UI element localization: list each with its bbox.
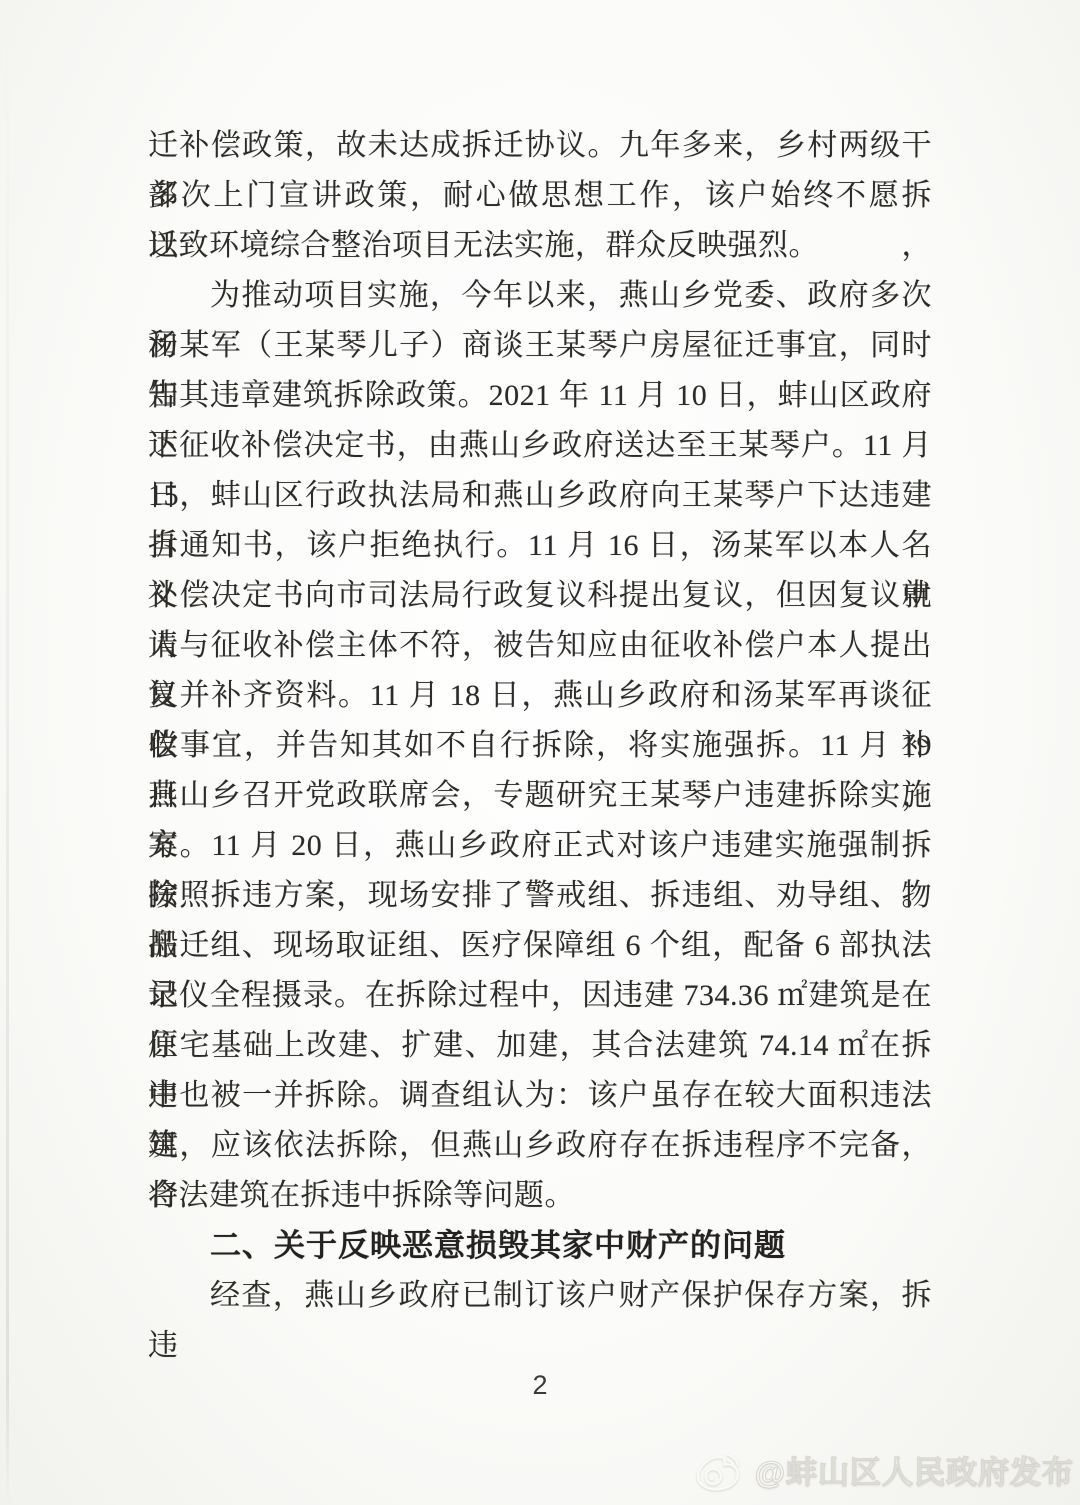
text-line: 搬迁组、现场取证组、医疗保障组 6 个组，配备 6 部执法记 bbox=[148, 921, 932, 971]
section-heading: 二、关于反映恶意损毁其家中财产的问题 bbox=[148, 1221, 932, 1271]
text-line: 案。11 月 20 日，燕山乡政府正式对该户违建实施强制拆除。 bbox=[148, 821, 932, 871]
document-page: 迁补偿政策，故未达成拆迁协议。九年多来，乡村两级干部多次上门宣讲政策，耐心做思想… bbox=[0, 0, 1080, 1505]
text-line: 燕山乡召开党政联席会，专题研究王某琴户违建拆除实施方 bbox=[148, 771, 932, 821]
text-line: 补偿决定书向市司法局行政复议科提出复议，但因复议申请 bbox=[148, 571, 932, 621]
text-line: 多次上门宣讲政策，耐心做思想工作，该户始终不愿拆迁， bbox=[148, 171, 932, 221]
text-line: 日，蚌山区行政执法局和燕山乡政府向王某琴户下达违建自 bbox=[148, 471, 932, 521]
text-line: 迁补偿政策，故未达成拆迁协议。九年多来，乡村两级干部 bbox=[148, 121, 932, 171]
text-line: 为推动项目实施，今年以来，燕山乡党委、政府多次和 bbox=[148, 271, 932, 321]
text-line: 人与征收补偿主体不符，被告知应由征收补偿户本人提出复 bbox=[148, 621, 932, 671]
text-line: 汤某军（王某琴儿子）商谈王某琴户房屋征迁事宜，同时告 bbox=[148, 321, 932, 371]
weibo-icon bbox=[693, 1444, 747, 1494]
text-line: 合法建筑在拆违中拆除等问题。 bbox=[148, 1171, 932, 1221]
text-line: 经查，燕山乡政府已制订该户财产保护保存方案，拆违 bbox=[148, 1271, 932, 1321]
text-line: 筑，应该依法拆除，但燕山乡政府存在拆违程序不完备，将 bbox=[148, 1121, 932, 1171]
text-line: 议并补齐资料。11 月 18 日，燕山乡政府和汤某军再谈征收补 bbox=[148, 671, 932, 721]
watermark: @蚌山区人民政府发布 bbox=[693, 1444, 1074, 1494]
text-line: 偿事宜，并告知其如不自行拆除，将实施强拆。11 月 19 日， bbox=[148, 721, 932, 771]
text-line: 知其违章建筑拆除政策。2021 年 11 月 10 日，蚌山区政府下 bbox=[148, 371, 932, 421]
text-line: 拆通知书，该户拒绝执行。11 月 16 日，汤某军以本人名义就 bbox=[148, 521, 932, 571]
watermark-text: @蚌山区人民政府发布 bbox=[755, 1447, 1074, 1492]
scan-edge-shadow bbox=[6, 0, 9, 1505]
text-line: 按照拆违方案，现场安排了警戒组、拆违组、劝导组、物品 bbox=[148, 871, 932, 921]
text-line: 录仪全程摄录。在拆除过程中，因违建 734.36 ㎡建筑是在原 bbox=[148, 971, 932, 1021]
page-number: 2 bbox=[520, 1370, 560, 1401]
text-line: 以致环境综合整治项目无法实施，群众反映强烈。 bbox=[148, 221, 932, 271]
text-line: 住宅基础上改建、扩建、加建，其合法建筑 74.14 ㎡在拆违 bbox=[148, 1021, 932, 1071]
text-line: 达征收补偿决定书，由燕山乡政府送达至王某琴户。11 月 15 bbox=[148, 421, 932, 471]
document-body: 迁补偿政策，故未达成拆迁协议。九年多来，乡村两级干部多次上门宣讲政策，耐心做思想… bbox=[148, 121, 932, 1321]
text-line: 中也被一并拆除。调查组认为：该户虽存在较大面积违法建 bbox=[148, 1071, 932, 1121]
